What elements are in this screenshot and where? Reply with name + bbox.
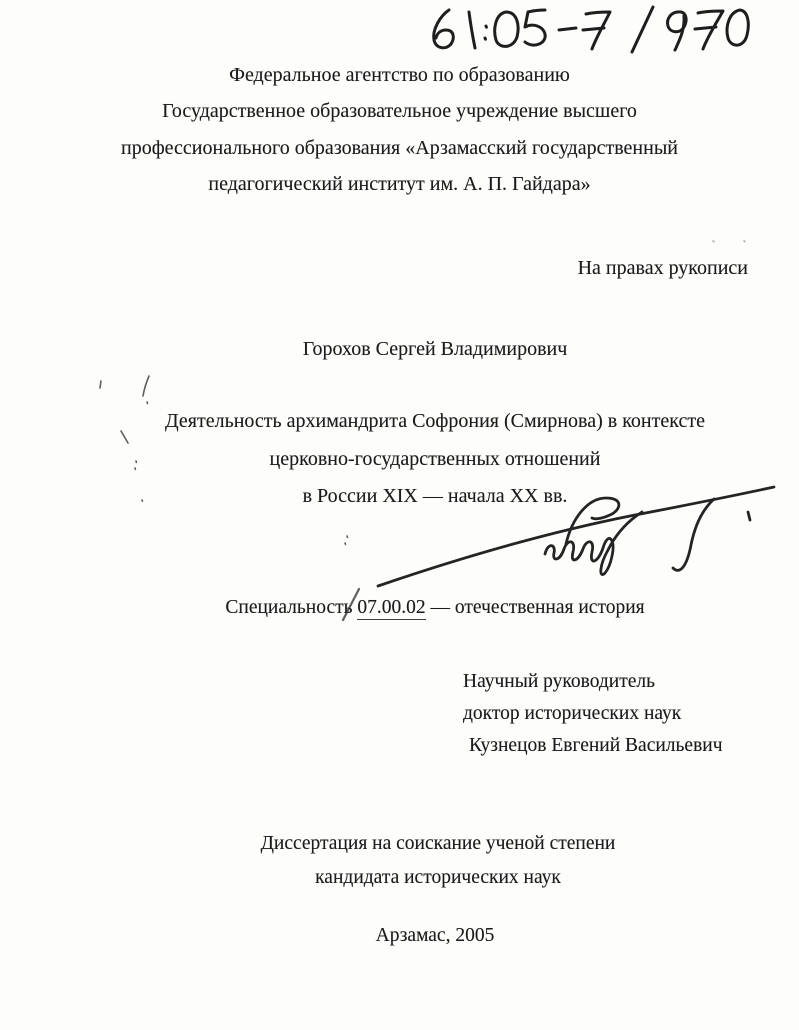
digit-1 (469, 12, 475, 48)
digit-0 (495, 12, 518, 46)
digit-6 (434, 10, 454, 48)
speck (713, 241, 745, 242)
dissertation-title-page: Федеральное агентство по образованию Гос… (0, 0, 799, 1030)
specialty-prefix: Специальность (225, 597, 357, 618)
specialty-code: 07.00.02 (357, 597, 425, 620)
institution-line: педагогический институт им. А. П. Гайдар… (0, 166, 799, 202)
place-year: Арзамас, 2005 (70, 924, 799, 948)
supervisor-name: Кузнецов Евгений Васильевич (463, 730, 723, 762)
digit-7b (695, 11, 723, 49)
speck (345, 536, 348, 544)
institution-line: профессионального образования «Арзамасск… (0, 130, 799, 166)
specialty-suffix: — отечественная история (426, 597, 645, 618)
title-line: Деятельность архимандрита Софрония (Смир… (70, 403, 799, 441)
supervisor-role: Научный руководитель (463, 666, 723, 698)
specialty-line: Специальность 07.00.02 — отечественная и… (70, 596, 799, 620)
signature-sweep (378, 487, 774, 586)
manuscript-rights-note: На правах рукописи (578, 256, 748, 280)
author-name: Горохов Сергей Владимирович (70, 337, 799, 361)
colon-mark (485, 26, 486, 39)
supervisor-degree: доктор исторических наук (463, 698, 723, 730)
dash-mark (559, 28, 576, 30)
digit-7a (583, 12, 610, 49)
supervisor-block: Научный руководитель доктор исторических… (463, 666, 723, 762)
institution-line: Государственное образовательное учрежден… (0, 93, 799, 129)
digit-5 (525, 10, 545, 45)
tick-mark (143, 376, 149, 396)
title-line: церковно-государственных отношений (70, 441, 799, 479)
statement-line: Диссертация на соискание ученой степени (73, 827, 799, 861)
institution-header: Федеральное агентство по образованию Гос… (0, 57, 799, 203)
digit-9 (668, 12, 687, 50)
slash-mark (632, 7, 653, 52)
signature-descender (673, 499, 714, 570)
author-signature (370, 474, 782, 598)
institution-line: Федеральное агентство по образованию (0, 57, 799, 93)
speck (100, 381, 101, 388)
dissertation-statement: Диссертация на соискание ученой степени … (73, 827, 799, 894)
handwritten-catalog-number (424, 4, 756, 54)
signature-letters (545, 512, 642, 574)
signature-tick (748, 512, 750, 520)
statement-line: кандидата исторических наук (73, 861, 799, 895)
digit-0b (727, 10, 748, 45)
